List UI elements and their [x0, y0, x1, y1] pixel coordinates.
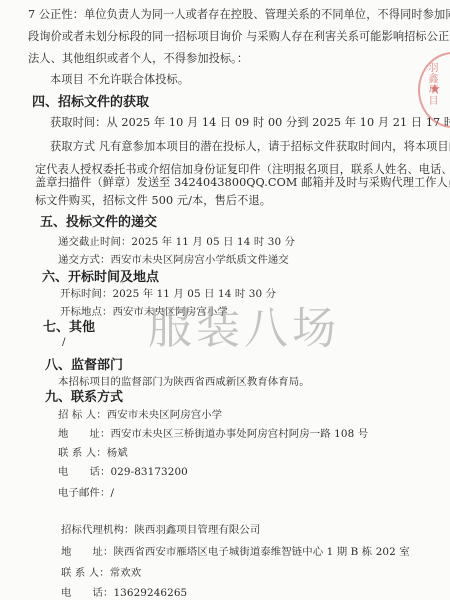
intro-line-1: 7 公正性：单位负责人为同一人或者存在控股、管理关系的不同单位，不得同时参加同一…	[28, 6, 450, 22]
tenderer-email-line: 电子邮件：/	[58, 484, 114, 499]
intro-line-3: 法人、其他组织或者个人，不得参加投标。：	[28, 50, 248, 66]
section-9-title: 九、联系方式	[45, 386, 123, 405]
section-7-title: 七、其他	[43, 316, 95, 335]
section-8-title: 八、监督部门	[45, 354, 123, 373]
agency-contact-line: 联 系 人：常欢欢	[61, 564, 141, 579]
agency-address-line: 地 址：陕西省西安市雁塔区电子城街道泰维智链中心 1 期 B 栋 202 室	[61, 543, 410, 558]
section-5-deadline: 递交截止时间：2025 年 11 月 05 日 14 时 30 分	[58, 233, 295, 248]
tenderer-line: 招 标 人：西安市未央区阿房宫小学	[58, 406, 222, 421]
seal-star-icon: ★	[429, 82, 441, 97]
section-4-title: 四、招标文件的获取	[32, 91, 149, 110]
agency-phone-line: 电 话：13629246265	[61, 584, 187, 599]
document-page: 7 公正性：单位负责人为同一人或者存在控股、管理关系的不同单位，不得同时参加同一…	[0, 0, 450, 600]
watermark: 服装八场	[148, 292, 340, 356]
intro-line-4: 本项目 不允许联合体投标。	[50, 71, 189, 87]
tenderer-address-line: 地 址：西安市未央区三桥街道办事处阿房宫村阿房一路 108 号	[58, 425, 368, 440]
section-5-title: 五、投标文件的递交	[40, 211, 157, 230]
section-4-time: 获取时间：从 2025 年 10 月 14 日 09 时 00 分到 2025 …	[50, 114, 450, 130]
agency-line: 招标代理机构：陕西羽鑫项目管理有限公司	[61, 521, 260, 536]
section-7-content: /	[62, 336, 66, 348]
tenderer-contact-line: 联 系 人：杨斌	[58, 444, 128, 459]
tenderer-phone-line: 电 话：029-83173200	[58, 463, 188, 478]
section-5-method: 递交方式：西安市未央区阿房宫小学纸质文件递交	[58, 251, 289, 266]
section-6-title: 六、开标时间及地点	[42, 266, 159, 285]
intro-line-2: 段询价或者未划分标段的同一招标项目询价 与采购人存在利害关系可能影响招标公正性的	[28, 28, 450, 44]
section-4-method-3: 盖章扫描件（鲜章）发送至 3424043800QQ.COM 邮箱并及时与采购代理…	[35, 174, 450, 190]
section-4-method-1: 获取方式 凡有意参加本项目的潜在投标人，请于招标文件获取时间内，将本项目的法	[50, 138, 450, 154]
section-4-method-4: 标文件购买，招标文件 500 元/本，售后不退。	[35, 192, 271, 208]
